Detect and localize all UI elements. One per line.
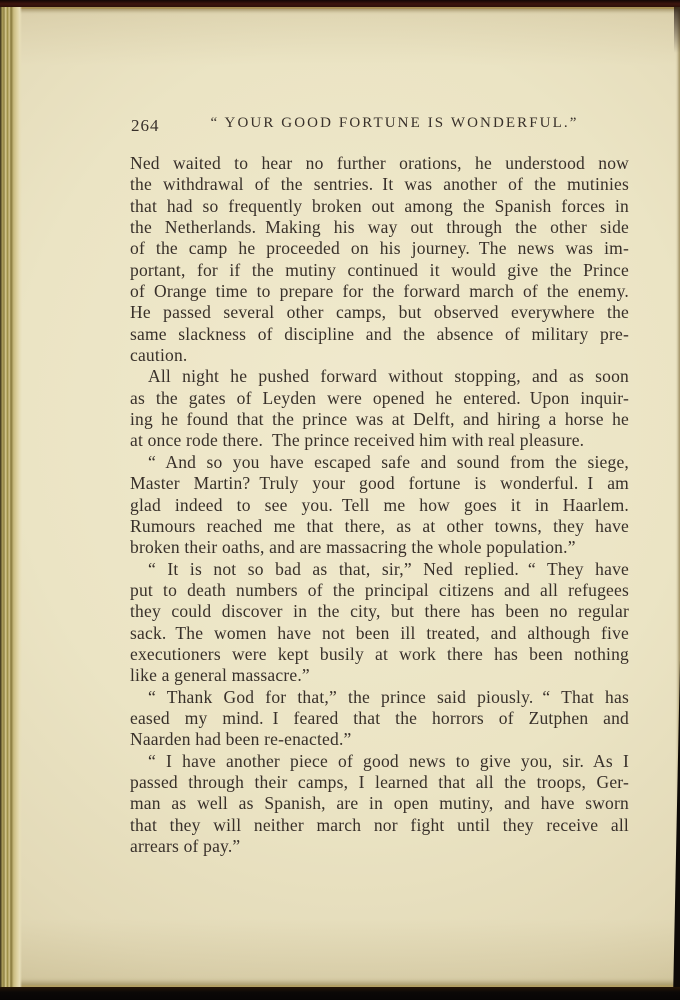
text-line: portant, for if the mutiny continued it … bbox=[130, 260, 629, 281]
text-line: same slackness of discipline and the abs… bbox=[130, 324, 629, 345]
paragraph: Ned waited to hear no further orations, … bbox=[130, 153, 629, 366]
book-gutter-page-edges bbox=[0, 7, 22, 987]
paragraph: “ I have another piece of good news to g… bbox=[130, 751, 629, 858]
text-block: 264 “ YOUR GOOD FORTUNE IS WONDERFUL.” N… bbox=[130, 115, 629, 857]
text-line: that had so frequently broken out among … bbox=[130, 196, 629, 217]
text-line: ing he found that the prince was at Delf… bbox=[130, 409, 629, 430]
text-line: He passed several other camps, but obser… bbox=[130, 302, 629, 323]
text-line: of the camp he proceeded on his journey.… bbox=[130, 238, 629, 259]
photo-backdrop-bottom bbox=[0, 987, 680, 1000]
paragraph: “ And so you have escaped safe and sound… bbox=[130, 452, 629, 559]
text-line: “ Thank God for that,” the prince said p… bbox=[130, 687, 629, 708]
page-corner-shadow bbox=[674, 7, 680, 53]
photo-backdrop-top bbox=[0, 0, 680, 7]
text-line: broken their oaths, and are massacring t… bbox=[130, 537, 629, 558]
text-line: eased my mind. I feared that the horrors… bbox=[130, 708, 629, 729]
text-line: the Netherlands. Making his way out thro… bbox=[130, 217, 629, 238]
text-line: put to death numbers of the principal ci… bbox=[130, 580, 629, 601]
text-line: at once rode there. The prince received … bbox=[130, 430, 629, 451]
text-line: “ I have another piece of good news to g… bbox=[130, 751, 629, 772]
text-line: “ It is not so bad as that, sir,” Ned re… bbox=[130, 559, 629, 580]
paragraph: All night he pushed forward without stop… bbox=[130, 366, 629, 451]
book-page: 264 “ YOUR GOOD FORTUNE IS WONDERFUL.” N… bbox=[0, 7, 680, 987]
body-text: Ned waited to hear no further orations, … bbox=[130, 153, 629, 857]
running-header: “ YOUR GOOD FORTUNE IS WONDERFUL.” bbox=[130, 115, 629, 132]
text-line: executioners were kept busily at work th… bbox=[130, 644, 629, 665]
page-number: 264 bbox=[131, 116, 160, 136]
text-line: “ And so you have escaped safe and sound… bbox=[130, 452, 629, 473]
text-line: Naarden had been re-enacted.” bbox=[130, 729, 629, 750]
text-line: as the gates of Leyden were opened he en… bbox=[130, 388, 629, 409]
text-line: like a general massacre.” bbox=[130, 665, 629, 686]
running-header-row: 264 “ YOUR GOOD FORTUNE IS WONDERFUL.” bbox=[130, 115, 629, 139]
text-line: Rumours reached me that there, as at oth… bbox=[130, 516, 629, 537]
text-line: Ned waited to hear no further orations, … bbox=[130, 153, 629, 174]
text-line: that they will neither march nor fight u… bbox=[130, 815, 629, 836]
text-line: passed through their camps, I learned th… bbox=[130, 772, 629, 793]
text-line: of Orange time to prepare for the forwar… bbox=[130, 281, 629, 302]
text-line: man as well as Spanish, are in open muti… bbox=[130, 793, 629, 814]
text-line: glad indeed to see you. Tell me how goes… bbox=[130, 495, 629, 516]
text-line: All night he pushed forward without stop… bbox=[130, 366, 629, 387]
paragraph: “ It is not so bad as that, sir,” Ned re… bbox=[130, 559, 629, 687]
text-line: sack. The women have not been ill treate… bbox=[130, 623, 629, 644]
paragraph: “ Thank God for that,” the prince said p… bbox=[130, 687, 629, 751]
text-line: Master Martin? Truly your good fortune i… bbox=[130, 473, 629, 494]
text-line: they could discover in the city, but the… bbox=[130, 601, 629, 622]
scanned-book-page-photo: 264 “ YOUR GOOD FORTUNE IS WONDERFUL.” N… bbox=[0, 0, 680, 1000]
text-line: arrears of pay.” bbox=[130, 836, 629, 857]
text-line: the withdrawal of the sentries. It was a… bbox=[130, 174, 629, 195]
text-line: caution. bbox=[130, 345, 629, 366]
